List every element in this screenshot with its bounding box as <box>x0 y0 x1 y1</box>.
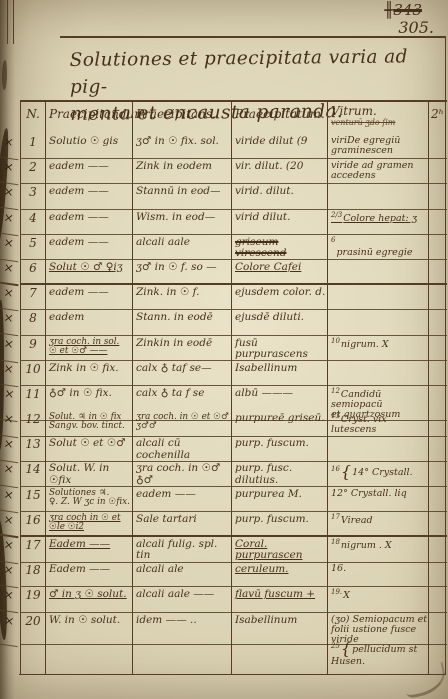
praecipitandum-cell: eadem —— <box>46 235 132 261</box>
praecipitandum-cell: Eadem —— <box>46 562 132 587</box>
praecipitans-cell: alcali fulig. spl. tin <box>132 537 231 563</box>
praecipitandum-cell: eadem <box>46 310 132 335</box>
praecipitandum-cell: Solut ☉ ♂ ♀iʒ <box>46 260 132 285</box>
row-number: 16 <box>20 512 46 537</box>
table-row: × 14 Solut. W. in ☉fix ʒra coch. in ☉♂ ♁… <box>1 461 447 486</box>
footer-cell <box>231 638 327 674</box>
margin-check-mark: × <box>0 133 22 161</box>
vitrum-cell <box>327 184 428 209</box>
praecipitatum-cell: purpurea M. <box>231 487 327 512</box>
row-number: 18 <box>20 562 46 587</box>
praecipitans-cell: ʒra coch. in ☉♂ ♁♂ <box>132 461 231 487</box>
praecipitans-cell: ʒra coch. in ☉ et ☉♂ ʒ♂♂ <box>132 411 231 437</box>
table-row: × 10 Zink in ☉ fix. calx ♁ taf se— Isabe… <box>1 361 447 386</box>
footnote-25: 25{pellucidum st Husen. <box>327 638 428 674</box>
table-row: × 8 eadem Stann. in eodē ejusdē diluti. <box>1 310 447 335</box>
praecipitatum-cell: purpureē griseū. <box>231 411 327 437</box>
header-praecipitatum: Praecipitatum. <box>231 100 327 134</box>
praecipitandum-cell: ʒra coch in ☉ et ☉le ☉i2 <box>46 512 132 537</box>
margin-number-cell <box>428 235 447 261</box>
row-number: 10 <box>20 361 46 386</box>
table-footer-row: 25{pellucidum st Husen. <box>1 638 447 674</box>
praecipitandum-cell: eadem —— <box>46 159 132 184</box>
praecipitans-cell: alcali cū cochenilla <box>132 436 231 462</box>
row-number: 6 <box>20 260 46 285</box>
vitrum-cell: 16. <box>327 562 428 587</box>
margin-check-mark: × <box>0 536 22 564</box>
praecipitans-cell: ʒ♂ in ☉ fix. sol. <box>132 134 231 159</box>
table-row: × 20 W. in ☉ solut. idem —— ‥ Isabellinu… <box>1 613 447 638</box>
row-number: 7 <box>20 285 46 310</box>
row-number: 2 <box>20 159 46 184</box>
header-vitrum: Vitrum.venturū ʒdo ſim <box>327 100 428 134</box>
table-row: × 4 eadem —— Wism. in eod— virid dilut. … <box>1 210 447 235</box>
old-page-number: ╫343 <box>384 1 422 19</box>
praecipitans-cell: eadem —— <box>132 487 231 512</box>
praecipitans-cell: Sale tartari <box>132 512 231 537</box>
margin-check-mark: × <box>0 309 22 337</box>
praecipitatum-cell: ejusdem color. d. <box>231 285 327 310</box>
margin-check-mark: × <box>0 234 22 262</box>
header-praecipitandum: Praecipitandum <box>46 100 132 134</box>
praecipitatum-cell: griseum virescend <box>231 235 327 261</box>
praecipitatum-cell: purp. fusc. dilutius. <box>231 461 327 487</box>
row-number: 13 <box>20 436 46 462</box>
praecipitandum-cell: eadem —— <box>46 184 132 209</box>
margin-check-mark: × <box>0 410 22 438</box>
vitrum-cell <box>327 361 428 386</box>
table-row: × 15 Solutiones ♃. ♀. Z. W ʒc in ☉fix. e… <box>1 487 447 512</box>
margin-number-cell <box>428 461 447 487</box>
praecipitatum-cell: ceruleum. <box>231 562 327 587</box>
margin-number-cell <box>428 587 447 612</box>
praecipitans-cell: Stann. in eodē <box>132 310 231 335</box>
margin-number-cell <box>428 134 447 159</box>
praecipitandum-cell: eadem —— <box>46 210 132 235</box>
margin-check-mark: × <box>0 511 22 539</box>
vitrum-cell <box>327 260 428 285</box>
margin-check-mark: × <box>0 485 22 513</box>
praecipitatum-cell: flavū fuscum + <box>231 587 327 612</box>
table-row: × 5 eadem —— alcali aale griseum viresce… <box>1 235 447 260</box>
praecipitandum-cell: Zink in ☉ fix. <box>46 361 132 386</box>
praecipitans-cell: alcali aale <box>132 235 231 261</box>
frame-top-line <box>60 36 446 38</box>
page-number: 305. <box>398 18 434 37</box>
praecipitans-cell: Zink. in ☉ f. <box>132 285 231 310</box>
vitrum-cell: viriDe egregiū graminescen <box>327 134 428 159</box>
margin-check-mark: × <box>0 561 22 589</box>
praecipitandum-cell: Solut ☉ et ☉♂ <box>46 436 132 462</box>
margin-check-mark: × <box>0 158 22 186</box>
praecipitatum-cell: viride dilut (9 <box>231 134 327 159</box>
row-number: 9 <box>20 336 46 362</box>
praecipitans-cell: alcali aale —— <box>132 587 231 612</box>
table-row: × 19 ♂ in ʒ ☉ solut. alcali aale —— flav… <box>1 587 447 612</box>
table-row: × 11 ♁♂ in ☉ fix. calx ♁ ta f se albū ——… <box>1 386 447 411</box>
praecipitatum-cell: Isabellinum <box>231 361 327 386</box>
frame-bottom-line <box>19 674 446 675</box>
manuscript-page: ╫343 305. Solutiones et praecipitata var… <box>0 0 448 699</box>
margin-number-cell <box>428 260 447 285</box>
row-number: 15 <box>20 487 46 512</box>
table-row: × 9 ʒra coch. in sol. ☉ et ☉♂ —— Zinkin … <box>1 336 447 361</box>
table-row: × 2 eadem —— Zink in eodem vir. dilut. (… <box>1 159 447 184</box>
praecipitandum-cell: ʒra coch. in sol. ☉ et ☉♂ —— <box>46 336 132 362</box>
praecipitatum-cell: Coral. purpurascen <box>231 537 327 563</box>
row-number: 5 <box>20 235 46 261</box>
praecipitatum-cell: virid. dilut. <box>231 184 327 209</box>
vitrum-cell: 12° Crystall. liq <box>327 487 428 512</box>
praecipitans-cell: Wism. in eod— <box>132 210 231 235</box>
header-praecipitans: Praecipitans. <box>132 100 231 134</box>
vitrum-cell: 13Cryst. vix lutescens <box>327 411 428 437</box>
footer-cell <box>132 638 231 674</box>
vitrum-cell: viride ad gramen accedens <box>327 159 428 184</box>
praecipitatum-cell: fusū purpurascens <box>231 336 327 362</box>
header-margin-spacer <box>0 99 22 135</box>
praecipitans-cell: ʒ♂ in ☉ f. so — <box>132 260 231 285</box>
margin-number-cell <box>428 361 447 386</box>
praecipitandum-cell: Solut. W. in ☉fix <box>46 461 132 487</box>
footer-num-cell <box>20 638 46 674</box>
vitrum-cell: 2/3Colore hepat: ʒ <box>327 210 428 235</box>
margin-check-mark: × <box>0 460 22 488</box>
praecipitandum-cell: ♂ in ʒ ☉ solut. <box>46 587 132 612</box>
margin-number-cell <box>428 512 447 537</box>
margin-number-cell <box>428 487 447 512</box>
vitrum-cell <box>327 310 428 335</box>
margin-number-cell <box>428 336 447 362</box>
margin-number-cell <box>428 210 447 235</box>
vitrum-cell: 10nigrum. X <box>327 336 428 362</box>
praecipitandum-cell: Solut. ♃ in ☉ fix Sangv. bov. tinct. <box>46 411 132 437</box>
praecipitatum-cell: ejusdē diluti. <box>231 310 327 335</box>
vitrum-cell: 6prasinū egregie <box>327 235 428 261</box>
row-number: 3 <box>20 184 46 209</box>
margin-check-mark: × <box>0 183 22 211</box>
table-header-row: N. Praecipitandum Praecipitans. Praecipi… <box>1 100 447 134</box>
row-number: 4 <box>20 210 46 235</box>
margin-check-mark: × <box>0 284 22 312</box>
margin-number-cell <box>428 285 447 310</box>
table-row: × 7 eadem —— Zink. in ☉ f. ejusdem color… <box>1 285 447 310</box>
margin-number-cell <box>428 436 447 462</box>
row-number: 8 <box>20 310 46 335</box>
vitrum-cell: 16{14° Crystall. <box>327 461 428 487</box>
praecipitans-cell: Zinkin in eodē <box>132 336 231 362</box>
table-row: × 6 Solut ☉ ♂ ♀iʒ ʒ♂ in ☉ f. so — Colore… <box>1 260 447 285</box>
margin-check-mark: × <box>0 586 22 614</box>
vitrum-cell: 19.X <box>327 587 428 612</box>
table-row: × 3 eadem —— Stannū in eod— virid. dilut… <box>1 184 447 209</box>
precipitation-table: N. Praecipitandum Praecipitans. Praecipi… <box>1 100 447 674</box>
margin-number-cell <box>428 562 447 587</box>
praecipitandum-cell: eadem —— <box>46 285 132 310</box>
header-num: N. <box>20 100 46 134</box>
footer-cell <box>46 638 132 674</box>
row-number: 14 <box>20 461 46 487</box>
margin-check-mark: × <box>0 359 22 387</box>
margin-number-cell <box>428 411 447 437</box>
table-row: × 17 Eadem —— alcali fulig. spl. tin Cor… <box>1 537 447 562</box>
praecipitatum-cell: vir. dilut. (20 <box>231 159 327 184</box>
row-number: 12 <box>20 411 46 437</box>
praecipitans-cell: alcali ale <box>132 562 231 587</box>
vitrum-cell: 18nigrum . X <box>327 537 428 563</box>
praecipitans-cell: Zink in eodem <box>132 159 231 184</box>
header-margin-number: 2ʰ <box>428 100 447 134</box>
praecipitans-cell: Stannū in eod— <box>132 184 231 209</box>
margin-check-mark: × <box>0 334 22 362</box>
margin-check-mark: × <box>0 208 22 236</box>
margin-number-cell <box>428 537 447 563</box>
vitrum-cell <box>327 436 428 462</box>
row-number: 1 <box>20 134 46 159</box>
scratch-mark: ╫ <box>384 1 391 19</box>
margin-check-mark: × <box>0 259 22 287</box>
title-line-1: Solutiones et praecipitata varia ad pig- <box>70 46 408 97</box>
praecipitandum-cell: Solutio ☉ gis <box>46 134 132 159</box>
vitrum-cell: 17Viread <box>327 512 428 537</box>
table-row: × 18 Eadem —— alcali ale ceruleum. 16. <box>1 562 447 587</box>
table-row: × 12 Solut. ♃ in ☉ fix Sangv. bov. tinct… <box>1 411 447 436</box>
margin-number-cell <box>428 184 447 209</box>
praecipitatum-cell: virid dilut. <box>231 210 327 235</box>
vitrum-struck-note: venturū ʒdo ſim <box>331 119 428 128</box>
table-row: × 1 Solutio ☉ gis ʒ♂ in ☉ fix. sol. viri… <box>1 134 447 159</box>
margin-number-cell <box>428 159 447 184</box>
praecipitandum-cell: Solutiones ♃. ♀. Z. W ʒc in ☉fix. <box>46 487 132 512</box>
row-number: 17 <box>20 537 46 563</box>
table-row: × 16 ʒra coch in ☉ et ☉le ☉i2 Sale tarta… <box>1 512 447 537</box>
praecipitandum-cell: Eadem —— <box>46 537 132 563</box>
praecipitatum-cell: purp. fuscum. <box>231 512 327 537</box>
praecipitatum-cell: purp. fuscum. <box>231 436 327 462</box>
row-number: 19 <box>20 587 46 612</box>
table-row: × 13 Solut ☉ et ☉♂ alcali cū cochenilla … <box>1 436 447 461</box>
left-edge-rules <box>7 0 14 44</box>
vitrum-cell <box>327 285 428 310</box>
praecipitatum-cell: Colore Cafei <box>231 260 327 285</box>
praecipitans-cell: calx ♁ taf se— <box>132 361 231 386</box>
margin-number-cell <box>428 310 447 335</box>
